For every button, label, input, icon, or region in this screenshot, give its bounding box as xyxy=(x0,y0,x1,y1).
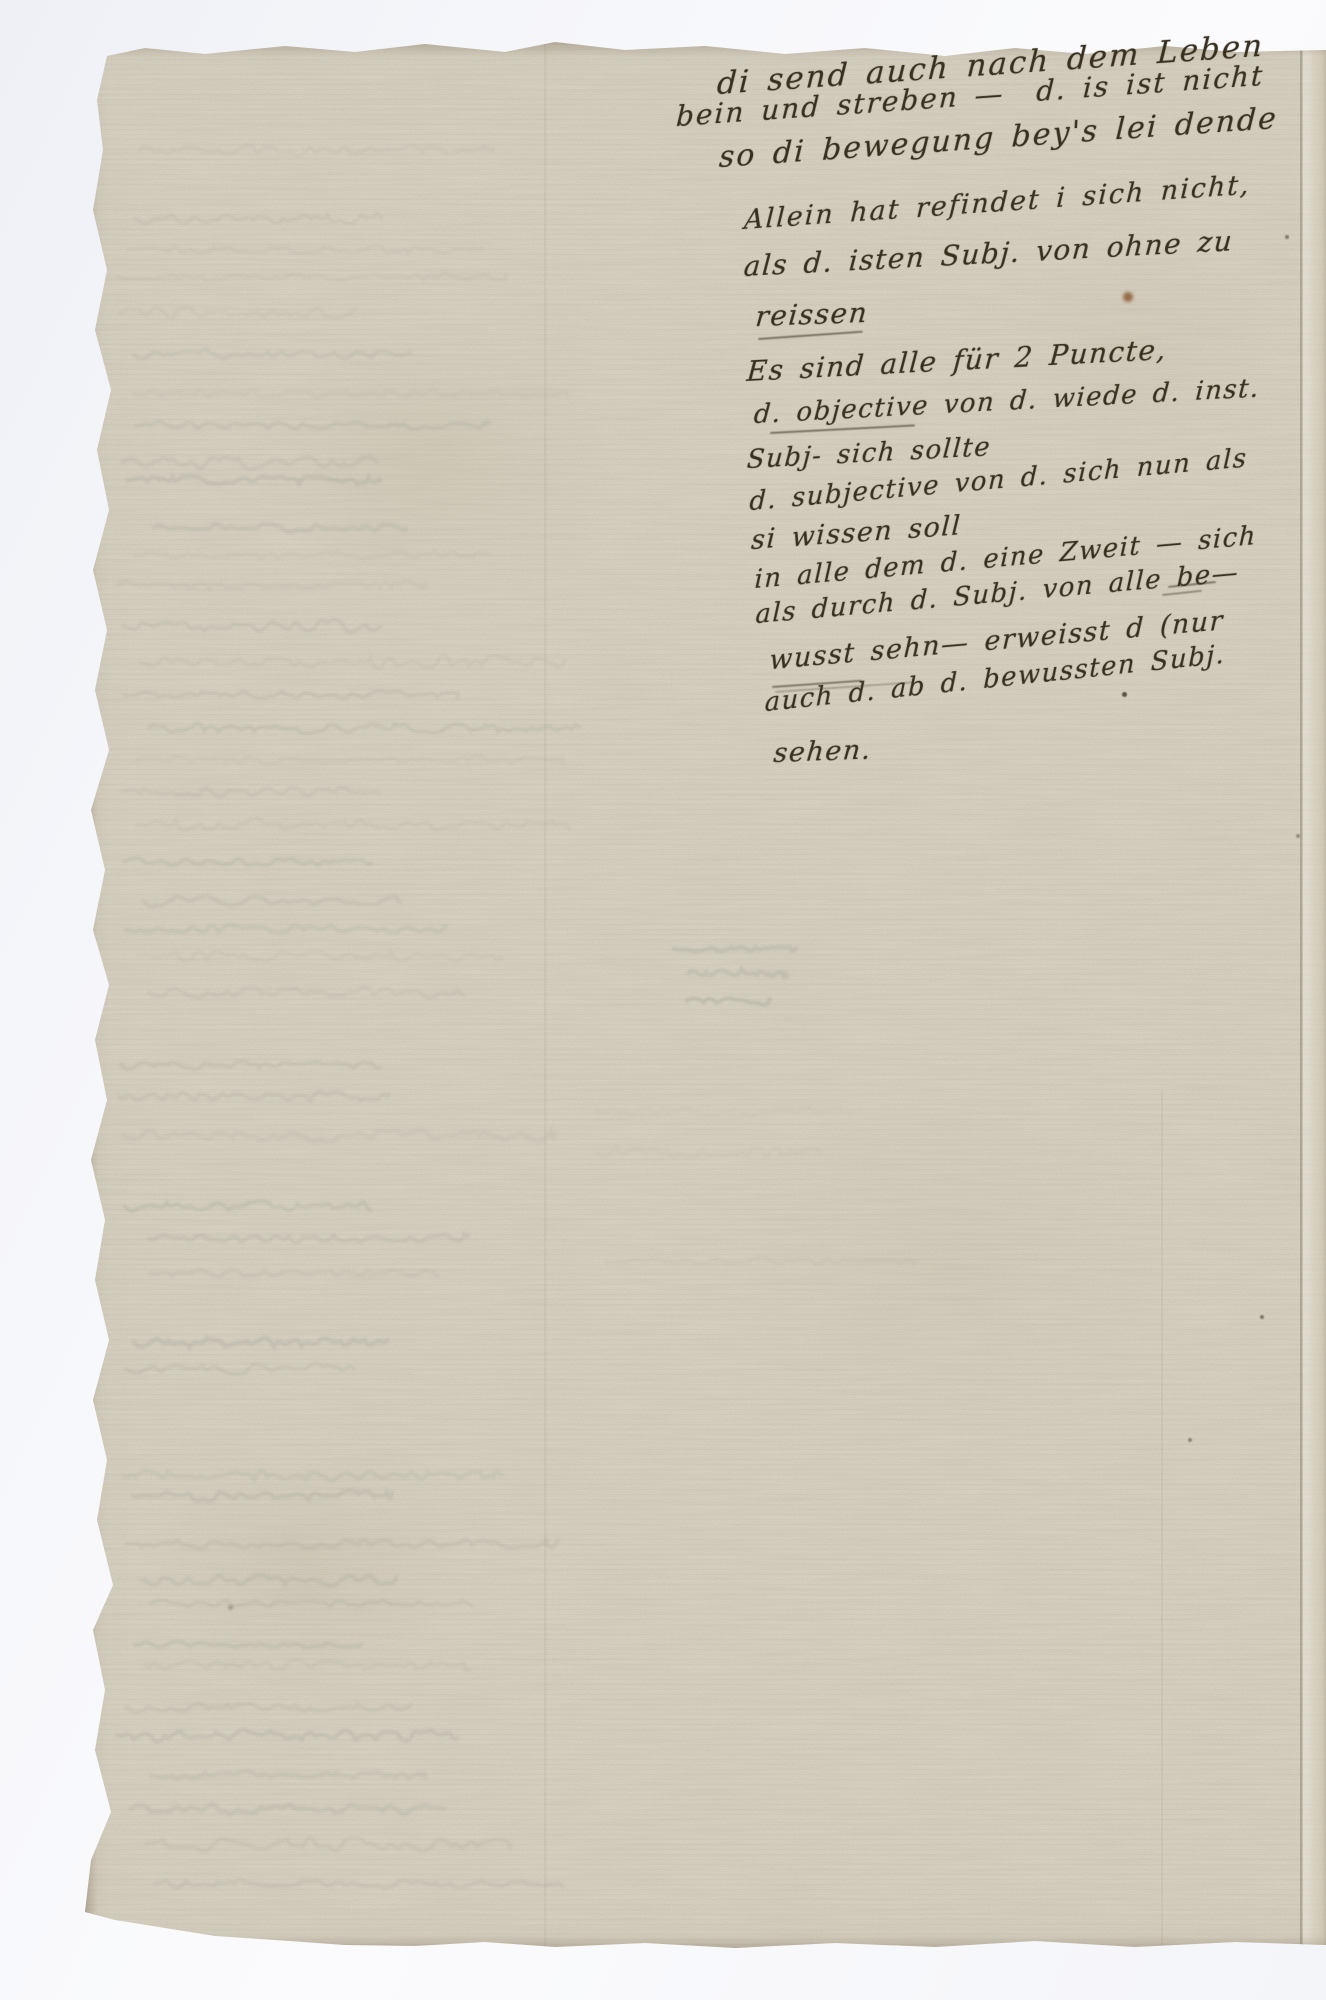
ink-specks xyxy=(0,0,1326,2000)
ink-speck xyxy=(228,1605,233,1610)
ink-speck xyxy=(1123,292,1133,302)
ink-speck xyxy=(1285,235,1289,239)
ink-speck xyxy=(1260,1315,1264,1319)
ink-speck xyxy=(1296,834,1300,838)
ink-speck xyxy=(1188,1438,1192,1442)
ink-speck xyxy=(1122,692,1127,697)
scanned-manuscript-page: di send auch nach dem Lebenbein und stre… xyxy=(0,0,1326,2000)
